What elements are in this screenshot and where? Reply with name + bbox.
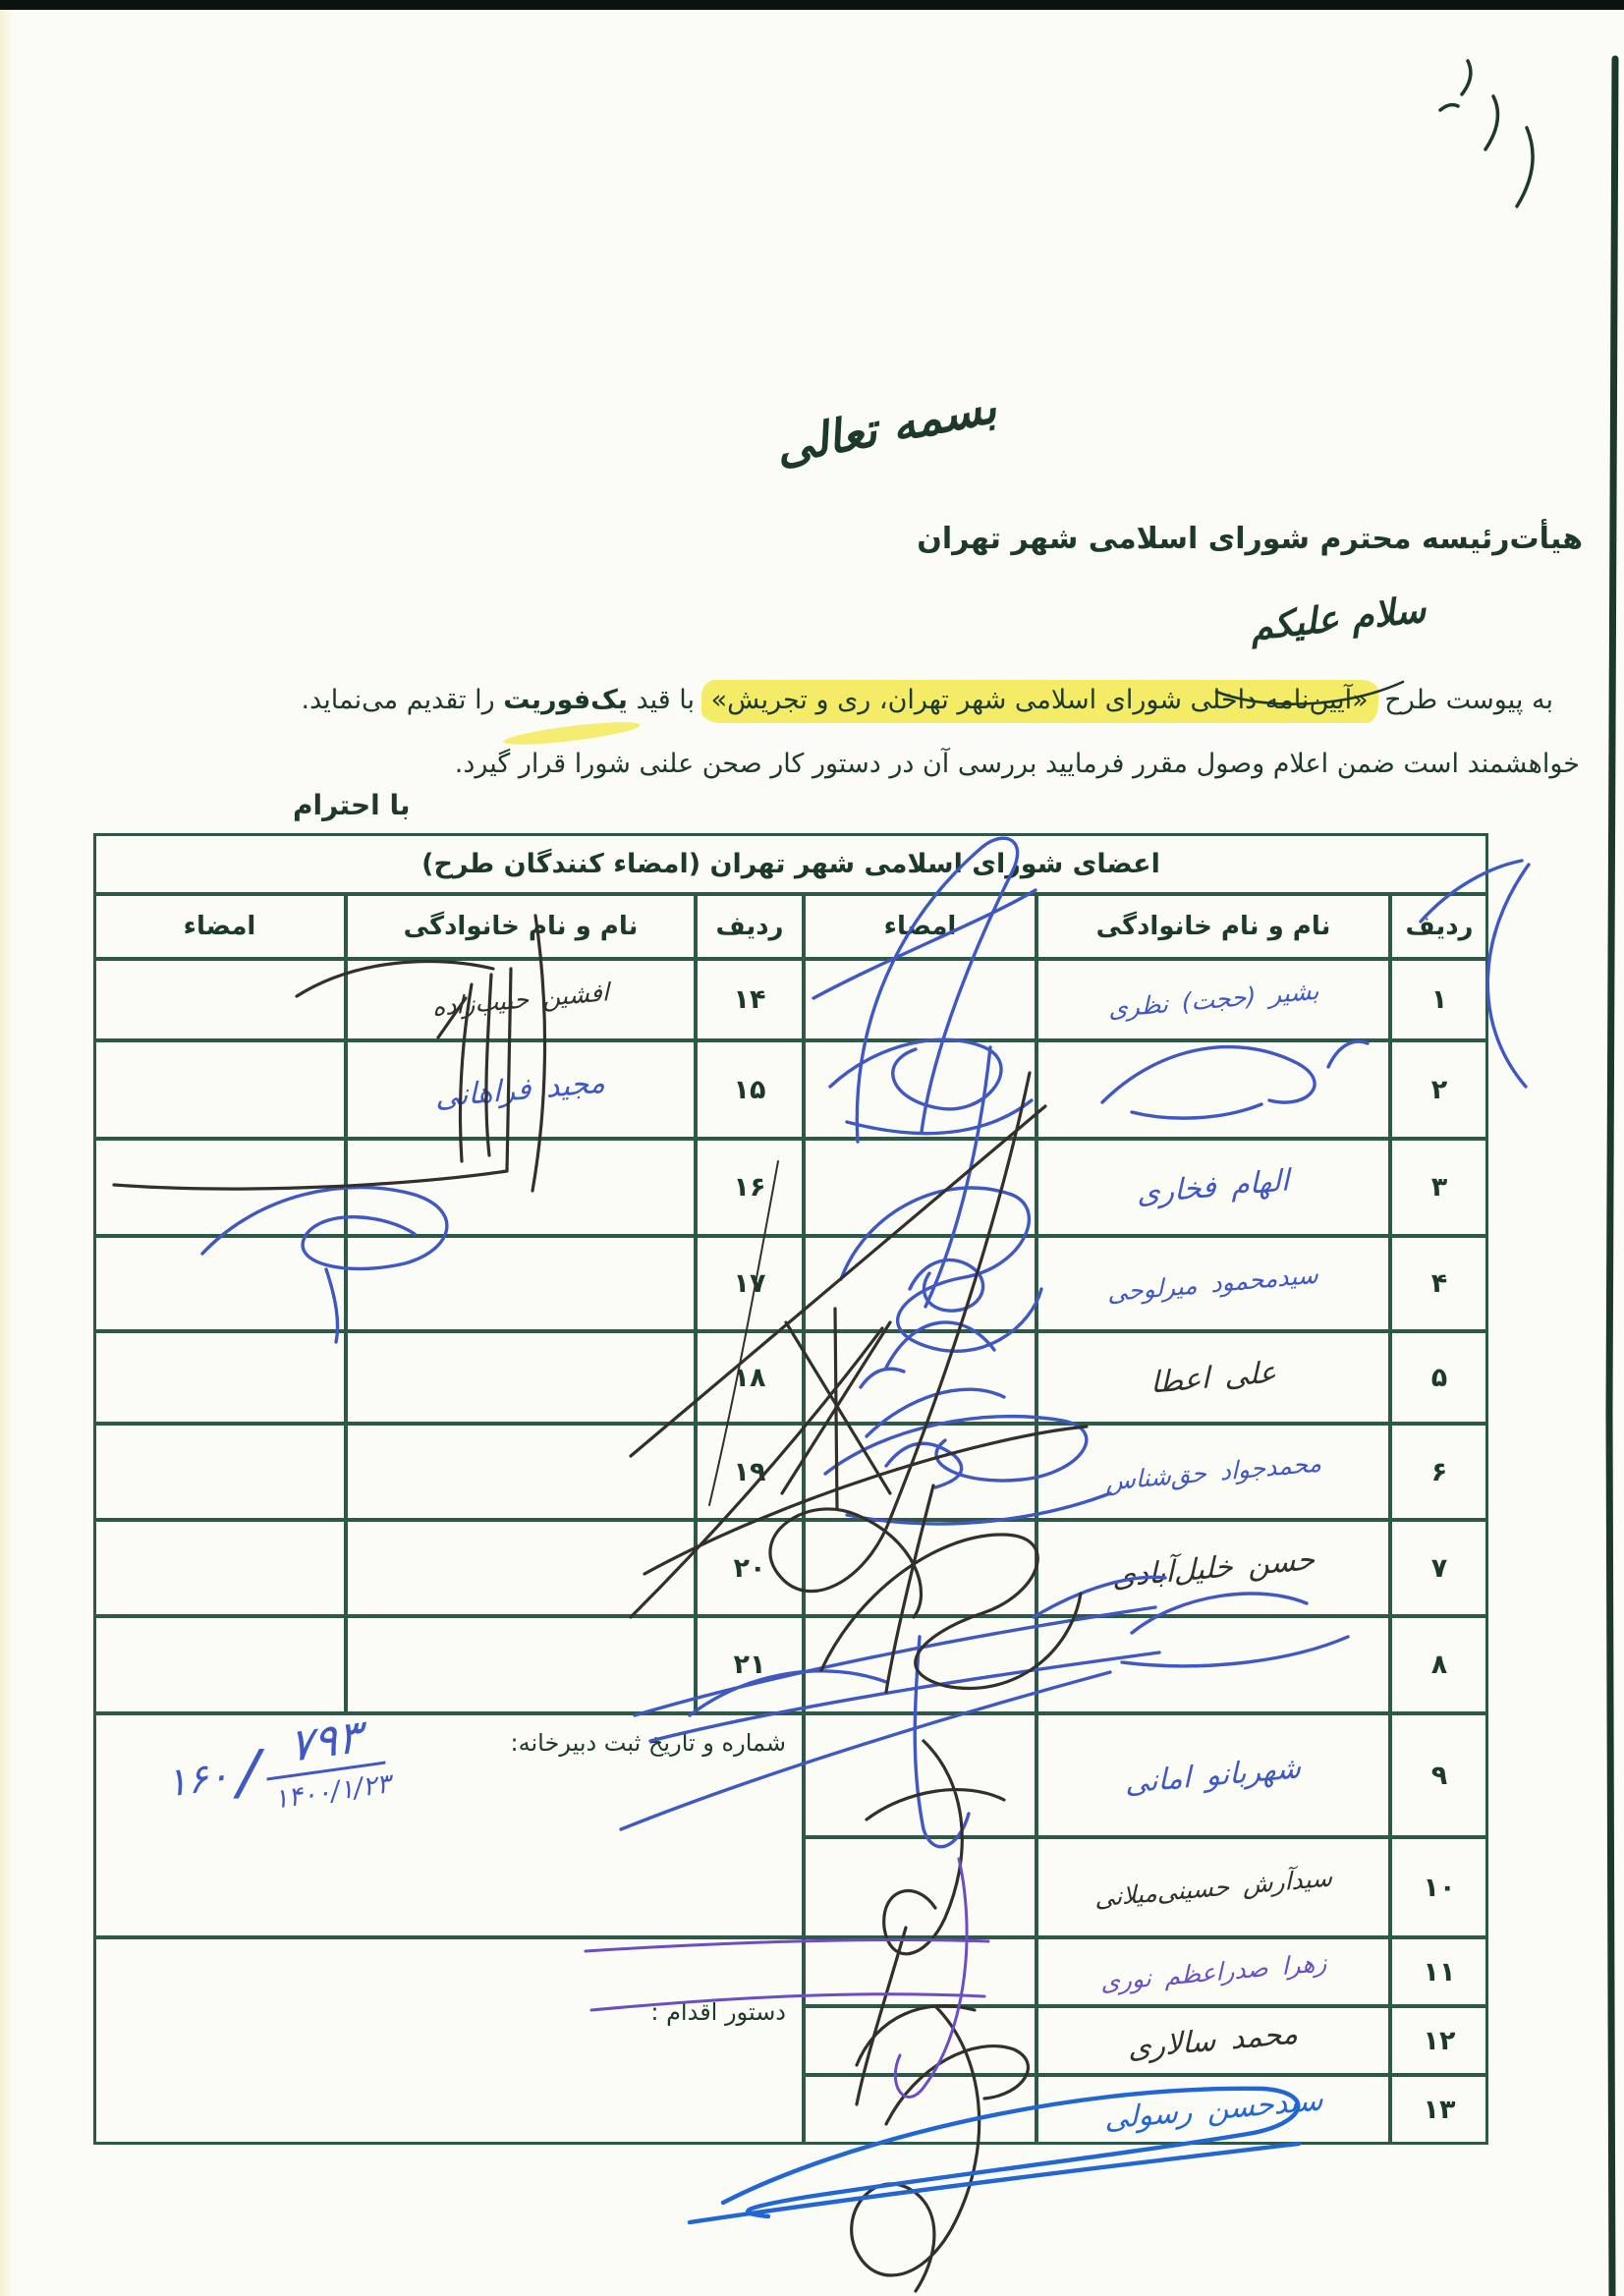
highlighter-tail-mark xyxy=(503,718,642,750)
registration-fraction: ۷۹۳ ۱۴۰۰/۱/۲۳ xyxy=(262,1707,394,1816)
scanned-letter-page: بسمه تعالی هیأت‌رئیسه محترم شورای اسلامی… xyxy=(0,0,1624,2296)
addressee-line: هیأت‌رئیسه محترم شورای اسلامی شهر تهران xyxy=(917,522,1583,556)
registration-prefix: ۱۶۰ xyxy=(163,1753,232,1807)
handwritten-salutation: سلام علیکم xyxy=(1248,588,1428,649)
body-line-1-pre: به پیوست طرح xyxy=(1376,685,1553,715)
besmele-calligraphy: بسمه تعالی xyxy=(771,380,1001,476)
table-outer-frame xyxy=(93,833,1488,2145)
highlighted-plan-title: «آیین‌نامه داخلی شورای اسلامی شهر تهران،… xyxy=(703,682,1376,721)
registration-slash: / xyxy=(238,1748,259,1797)
scan-right-edge-line xyxy=(1609,59,1615,2296)
closing-respect: با احترام xyxy=(293,789,411,821)
body-line-2: خواهشمند است ضمن اعلام وصول مقرر فرمایید… xyxy=(455,749,1580,779)
scan-left-tint xyxy=(0,0,14,2296)
corner-pen-marks-icon xyxy=(1440,61,1533,206)
body-line-1-post: را تقدیم می‌نماید. xyxy=(302,685,504,715)
body-line-1-mid: با قید xyxy=(628,685,703,715)
urgency-emphasis: یک‌فوریت xyxy=(503,685,628,715)
scan-top-edge-bar xyxy=(0,0,1624,10)
body-line-1: به پیوست طرح «آیین‌نامه داخلی شورای اسلا… xyxy=(302,685,1553,715)
